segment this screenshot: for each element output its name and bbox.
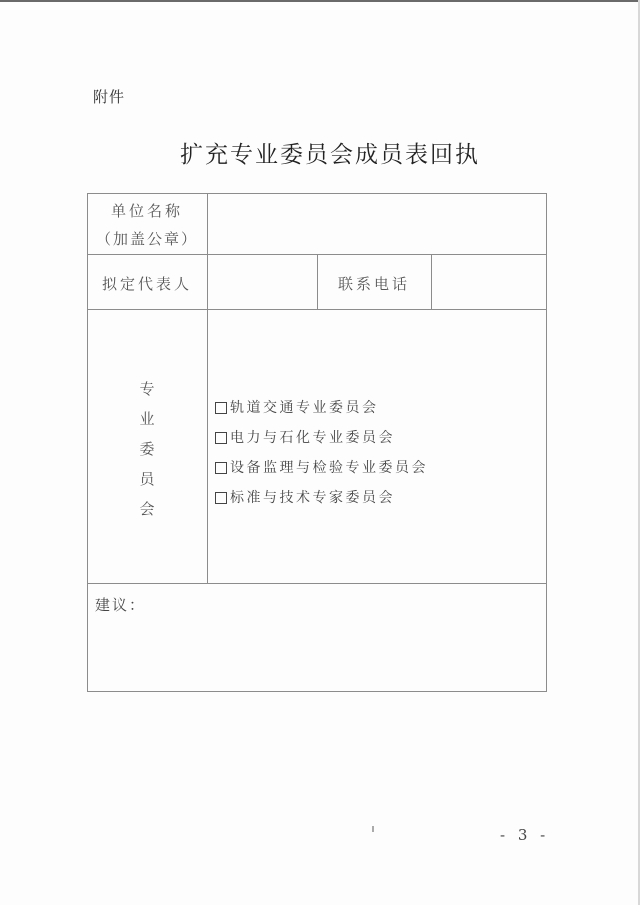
committee-label-char: 业 <box>139 404 154 434</box>
table-border-top <box>87 193 546 194</box>
attachment-label: 附件 <box>93 86 125 107</box>
checkbox-icon[interactable] <box>215 402 227 414</box>
page-title: 扩充专业委员会成员表回执 <box>0 136 640 169</box>
phone-label: 联系电话 <box>317 273 431 294</box>
representative-field[interactable] <box>209 256 316 308</box>
row-divider-3 <box>87 583 546 584</box>
table-border-bottom <box>87 691 547 692</box>
committee-option-standards-experts[interactable]: 标准与技术专家委员会 <box>215 483 428 513</box>
committee-options: 轨道交通专业委员会 电力与石化专业委员会 设备监理与检验专业委员会 标准与技术专… <box>215 393 428 513</box>
checkbox-icon[interactable] <box>215 492 227 504</box>
committee-option-equipment-supervision[interactable]: 设备监理与检验专业委员会 <box>215 453 428 483</box>
committee-label: 专 业 委 员 会 <box>87 374 207 524</box>
committee-label-char: 委 <box>139 434 154 464</box>
committee-option-rail-transit[interactable]: 轨道交通专业委员会 <box>215 393 428 423</box>
phone-field[interactable] <box>433 256 545 308</box>
scan-speck <box>372 826 374 832</box>
unit-name-seal-note: （加盖公章） <box>87 228 207 249</box>
suggestion-label: 建议： <box>95 594 146 615</box>
committee-option-label: 设备监理与检验专业委员会 <box>230 455 428 481</box>
committee-label-char: 员 <box>139 464 154 494</box>
committee-option-label: 轨道交通专业委员会 <box>230 395 379 421</box>
checkbox-icon[interactable] <box>215 462 227 474</box>
committee-label-char: 会 <box>139 494 154 524</box>
col-divider-label <box>207 193 208 583</box>
suggestion-field[interactable] <box>89 585 545 689</box>
row-divider-2 <box>87 309 546 310</box>
table-border-right <box>546 193 547 691</box>
unit-name-field[interactable] <box>209 195 545 253</box>
col-divider-phone <box>431 254 432 309</box>
committee-option-label: 电力与石化专业委员会 <box>230 425 395 451</box>
committee-label-char: 专 <box>139 374 154 404</box>
committee-option-power-petrochem[interactable]: 电力与石化专业委员会 <box>215 423 428 453</box>
checkbox-icon[interactable] <box>215 432 227 444</box>
unit-name-label: 单位名称 <box>87 200 207 221</box>
page-number: - 3 - <box>500 826 549 844</box>
scan-top-edge <box>0 0 640 2</box>
committee-option-label: 标准与技术专家委员会 <box>230 485 395 511</box>
representative-label: 拟定代表人 <box>87 273 207 294</box>
